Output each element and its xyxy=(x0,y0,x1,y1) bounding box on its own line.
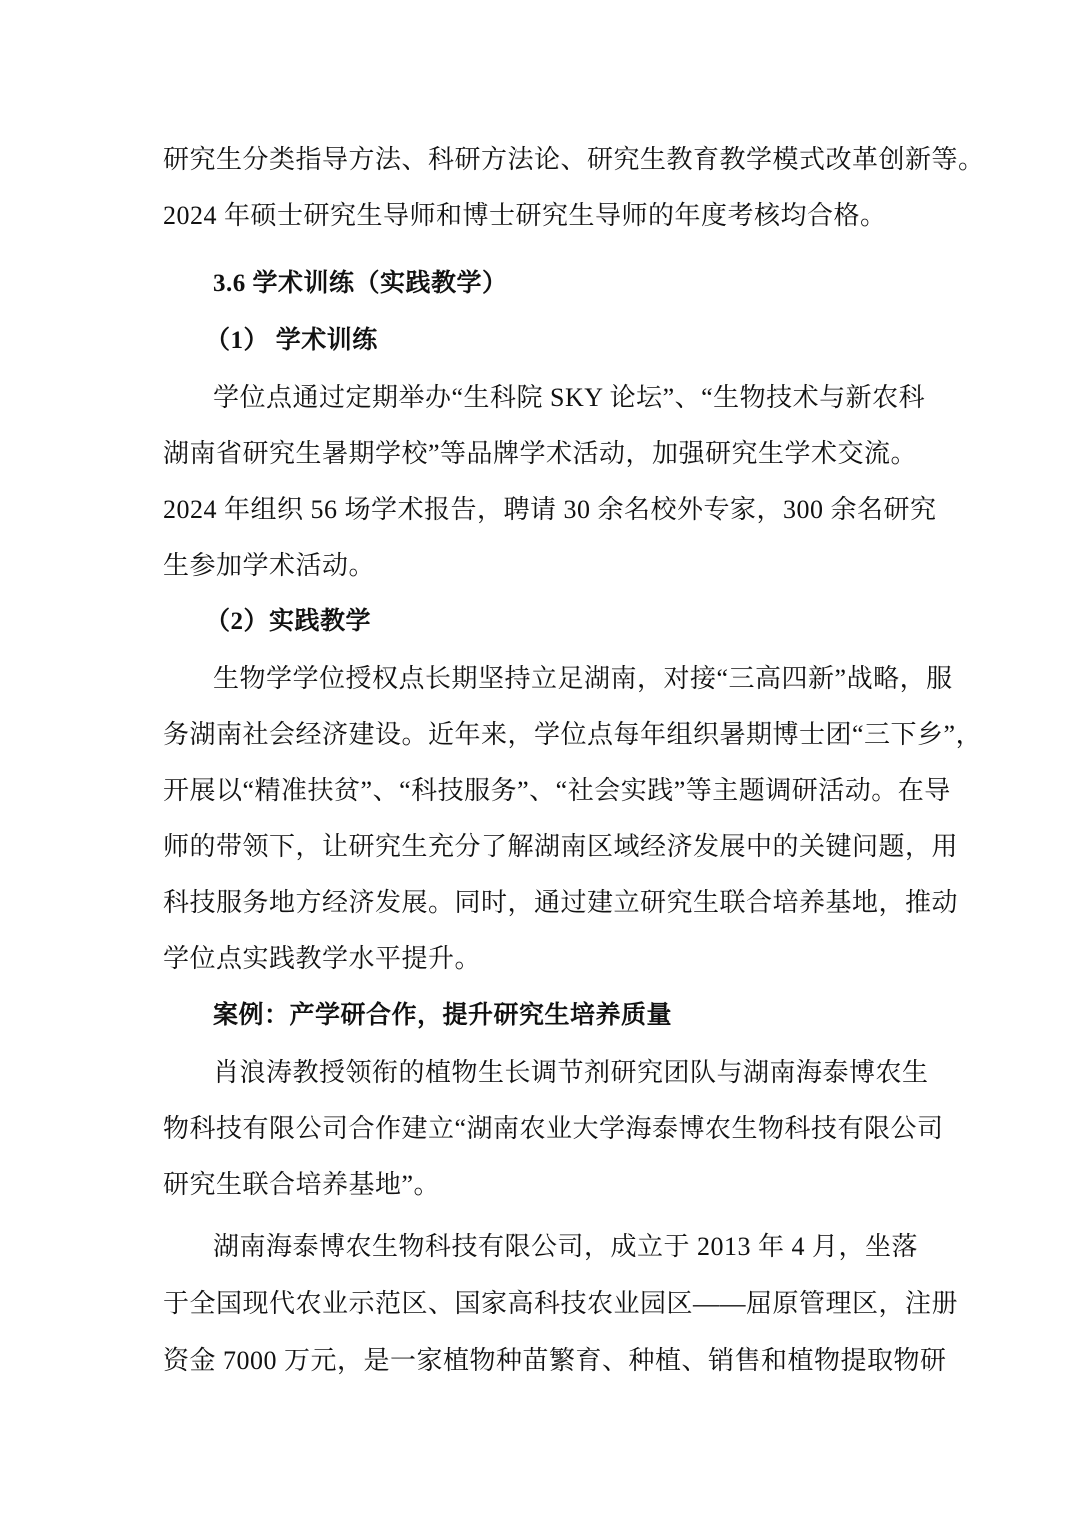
case-heading: 案例：产学研合作，提升研究生培养质量 xyxy=(213,1000,963,1032)
section-heading: 3.6 学术训练（实践教学） xyxy=(213,268,963,300)
subsection-heading: （2）实践教学 xyxy=(205,606,955,638)
paragraph-line: 务湖南社会经济建设。近年来，学位点每年组织暑期博士团“三下乡”， xyxy=(163,719,913,751)
paragraph-line: 于全国现代农业示范区、国家高科技农业园区——屈原管理区，注册 xyxy=(163,1288,913,1320)
subsection-heading: （1） 学术训练 xyxy=(205,325,955,357)
paragraph-line: 肖浪涛教授领衔的植物生长调节剂研究团队与湖南海泰博农生 xyxy=(213,1057,913,1089)
paragraph-line: 学位点通过定期举办“生科院 SKY 论坛”、“生物技术与新农科 xyxy=(213,382,913,414)
paragraph-line: 湖南省研究生暑期学校”等品牌学术活动，加强研究生学术交流。 xyxy=(163,438,913,470)
paragraph-line: 师的带领下，让研究生充分了解湖南区域经济发展中的关键问题，用 xyxy=(163,831,913,863)
paragraph-line: 学位点实践教学水平提升。 xyxy=(163,943,913,975)
paragraph-line: 科技服务地方经济发展。同时，通过建立研究生联合培养基地，推动 xyxy=(163,887,913,919)
paragraph-line: 开展以“精准扶贫”、“科技服务”、“社会实践”等主题调研活动。在导 xyxy=(163,775,913,807)
paragraph-line: 研究生分类指导方法、科研方法论、研究生教育教学模式改革创新等。 xyxy=(163,144,913,176)
paragraph-line: 生物学学位授权点长期坚持立足湖南，对接“三高四新”战略，服 xyxy=(213,663,913,695)
paragraph-line: 湖南海泰博农生物科技有限公司，成立于 2013 年 4 月，坐落 xyxy=(213,1231,913,1263)
paragraph-line: 物科技有限公司合作建立“湖南农业大学海泰博农生物科技有限公司 xyxy=(163,1113,913,1145)
paragraph-line: 研究生联合培养基地”。 xyxy=(163,1169,913,1201)
paragraph-line: 资金 7000 万元，是一家植物种苗繁育、种植、销售和植物提取物研 xyxy=(163,1345,913,1377)
paragraph-line: 2024 年硕士研究生导师和博士研究生导师的年度考核均合格。 xyxy=(163,200,913,232)
paragraph-line: 2024 年组织 56 场学术报告，聘请 30 余名校外专家，300 余名研究 xyxy=(163,494,913,526)
document-page: 研究生分类指导方法、科研方法论、研究生教育教学模式改革创新等。 2024 年硕士… xyxy=(0,0,1074,1520)
paragraph-line: 生参加学术活动。 xyxy=(163,550,913,582)
